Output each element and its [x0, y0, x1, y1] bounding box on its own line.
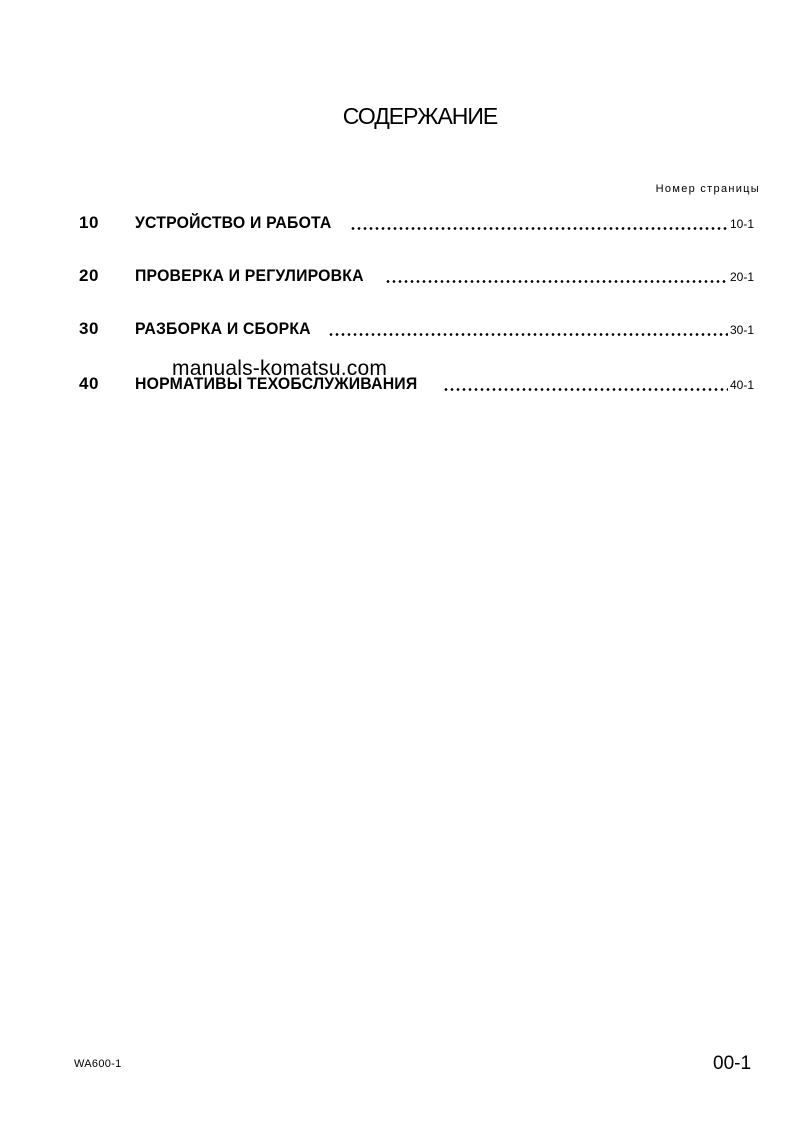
toc-entry-page[interactable]: 30-1 [730, 323, 760, 337]
toc-entry-page[interactable]: 10-1 [730, 217, 760, 231]
toc-entry-title[interactable]: УСТРОЙСТВО И РАБОТА [135, 213, 332, 233]
toc-entry-title[interactable]: РАЗБОРКА И СБОРКА [135, 319, 311, 339]
dot-leader [328, 333, 728, 336]
dot-leader [385, 280, 728, 283]
toc-entry[interactable]: 30 РАЗБОРКА И СБОРКА 30-1 [79, 319, 760, 341]
toc-entry-number: 40 [79, 374, 135, 394]
toc-entry[interactable]: 20 ПРОВЕРКА И РЕГУЛИРОВКА 20-1 [79, 266, 760, 288]
dot-leader [350, 227, 728, 230]
page-number-column-header: Номер страницы [656, 182, 760, 196]
toc-entry-title[interactable]: ПРОВЕРКА И РЕГУЛИРОВКА [135, 266, 364, 286]
dot-leader [443, 388, 728, 391]
toc-entry-page[interactable]: 40-1 [730, 378, 760, 392]
toc-entry-number: 10 [79, 213, 135, 233]
footer-model: WA600-1 [74, 1058, 122, 1070]
toc-entry[interactable]: 10 УСТРОЙСТВО И РАБОТА 10-1 [79, 213, 760, 235]
page-title: СОДЕРЖАНИЕ [0, 101, 793, 131]
toc-entry-page[interactable]: 20-1 [730, 270, 760, 284]
footer-page-number: 00-1 [713, 1053, 751, 1075]
watermark-link[interactable]: manuals-komatsu.com [172, 357, 387, 381]
toc-entry-number: 30 [79, 319, 135, 339]
toc-entry-number: 20 [79, 266, 135, 286]
